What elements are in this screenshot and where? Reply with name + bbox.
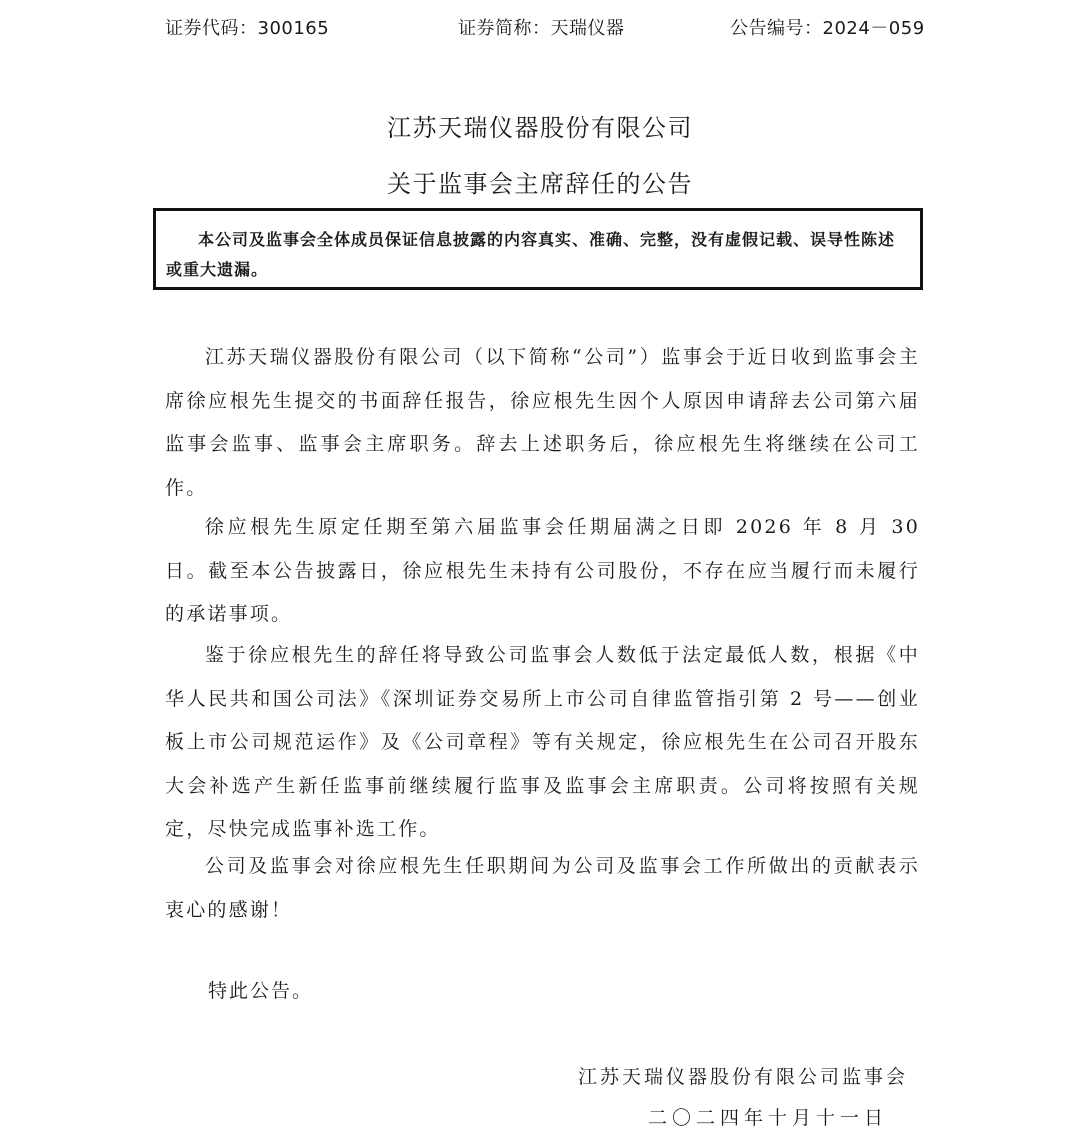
security-short-name: 证券简称：天瑞仪器 <box>458 14 625 40</box>
announcement-title: 关于监事会主席辞任的公告 <box>0 164 1080 199</box>
security-code: 证券代码：300165 <box>165 14 329 40</box>
paragraph-thanks: 公司及监事会对徐应根先生任职期间为公司及监事会工作所做出的贡献表示衷心的感谢！ <box>165 845 920 932</box>
paragraph-legal-basis: 鉴于徐应根先生的辞任将导致公司监事会人数低于法定最低人数，根据《中华人民共和国公… <box>165 634 920 852</box>
company-title: 江苏天瑞仪器股份有限公司 <box>0 108 1080 143</box>
document-header: 证券代码：300165 证券简称：天瑞仪器 公告编号：2024－059 <box>0 8 1080 42</box>
announcement-number: 公告编号：2024－059 <box>730 14 925 40</box>
disclaimer-box: 本公司及监事会全体成员保证信息披露的内容真实、准确、完整，没有虚假记载、误导性陈… <box>153 208 923 290</box>
paragraph-term: 徐应根先生原定任期至第六届监事会任期届满之日即 2026 年 8 月 30 日。… <box>165 506 920 637</box>
signature-issuer: 江苏天瑞仪器股份有限公司监事会 <box>578 1062 908 1089</box>
signature-date: 二〇二四年十月十一日 <box>648 1103 888 1130</box>
paragraph-resignation: 江苏天瑞仪器股份有限公司（以下简称“公司”）监事会于近日收到监事会主席徐应根先生… <box>165 336 920 510</box>
closing-statement: 特此公告。 <box>208 976 313 1003</box>
